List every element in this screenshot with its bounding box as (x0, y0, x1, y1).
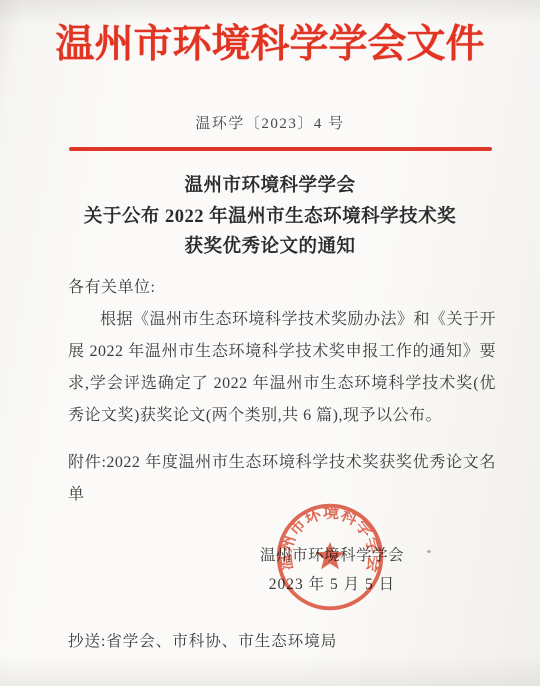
red-separator-rule (69, 147, 492, 151)
cc-line: 抄送:省学会、市科协、市生态环境局 (68, 629, 508, 651)
seal-arc-text: 温州市环境科学学会 (275, 503, 384, 574)
notice-title-line2: 关于公布 2022 年温州市生态环境科学技术奖 (0, 202, 540, 233)
scan-shadow-bottom (0, 656, 540, 686)
document-header-title: 温州市环境科学学会文件 (0, 22, 540, 68)
document-body: 各有关单位: 根据《温州市生态环境科学技术奖励办法》和《关于开展 2022 年温… (68, 272, 496, 432)
salutation: 各有关单位: (68, 272, 496, 304)
seal-star-icon (316, 542, 345, 569)
notice-title: 温州市环境科学学会 关于公布 2022 年温州市生态环境科学技术奖 获奖优秀论文… (0, 171, 540, 263)
doc-number: 温环学〔2023〕4 号 (0, 112, 540, 133)
notice-title-line1: 温州市环境科学学会 (0, 171, 540, 202)
notice-title-line3: 获奖优秀论文的通知 (0, 232, 540, 263)
scan-artifact-dot (427, 550, 431, 553)
official-seal-icon: 温州市环境科学学会 (273, 500, 387, 614)
body-paragraph: 根据《温州市生态环境科学技术奖励办法》和《关于开展 2022 年温州市生态环境科… (68, 304, 496, 432)
document-page: 温州市环境科学学会文件 温环学〔2023〕4 号 温州市环境科学学会 关于公布 … (0, 0, 540, 686)
